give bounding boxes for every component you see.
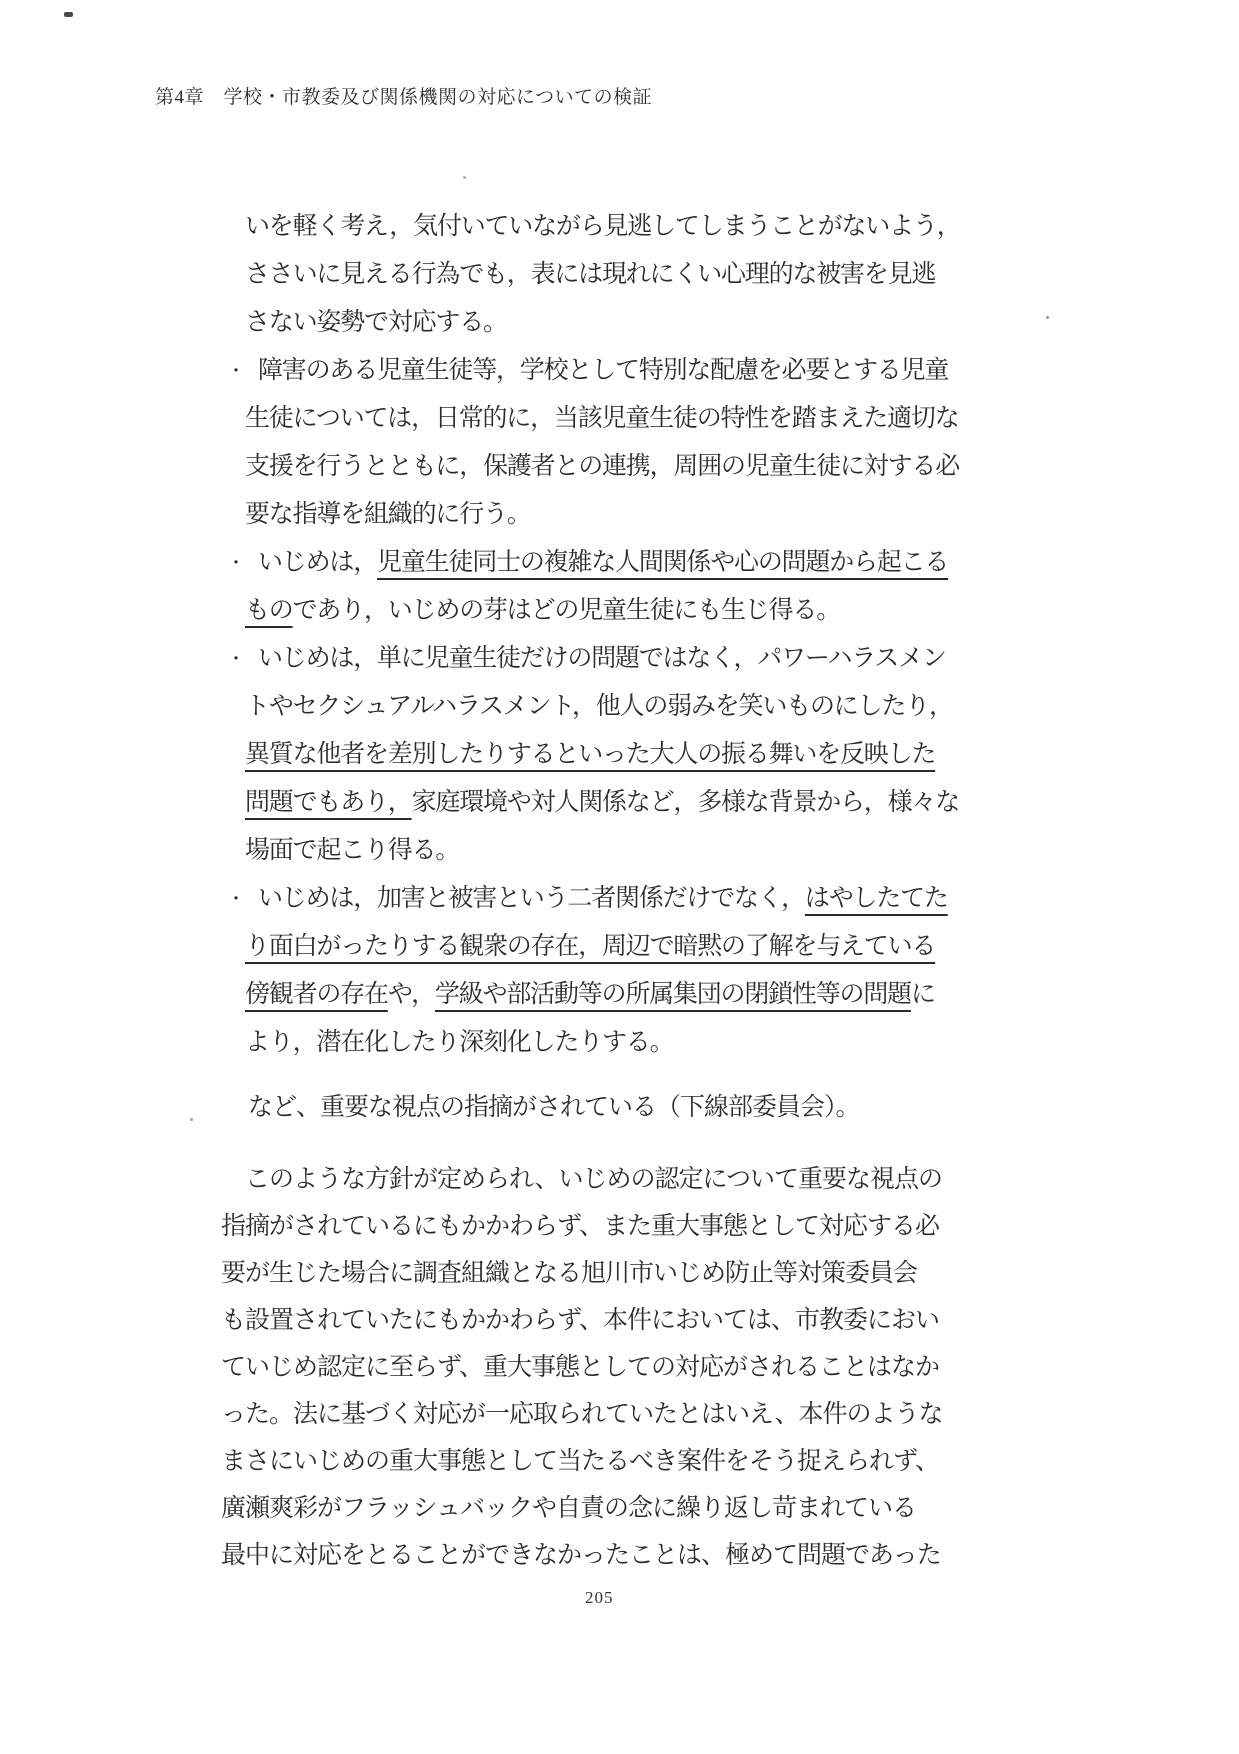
text-segment: いじめは，単に児童生徒だけの問題ではなく，パワーハラスメン: [258, 645, 946, 672]
text-segment: ささいに見える行為でも，表には現れにくい心理的な被害を見逃: [245, 261, 935, 288]
quoted-line: ものであり，いじめの芽はどの児童生徒にも生じ得る。: [245, 587, 957, 635]
paragraph-line: 要が生じた場合に調査組織となる旭川市いじめ防止等対策委員会: [221, 1250, 943, 1297]
underlined-text: 異質な他者を差別したりするといった大人の振る舞いを反映した: [245, 741, 935, 768]
text-segment: 場面で起こり得る。: [245, 837, 459, 864]
quoted-line: 生徒については，日常的に，当該児童生徒の特性を踏まえた適切な: [245, 395, 957, 443]
scan-artifact: [463, 176, 466, 179]
quoted-line: より，潜在化したり深刻化したりする。: [245, 1019, 957, 1067]
text-segment: トやセクシュアルハラスメント，他人の弱みを笑いものにしたり，: [245, 693, 953, 720]
underlined-text: 児童生徒同士の複雑な人間関係や心の問題から起こる: [377, 549, 948, 576]
quoted-line: トやセクシュアルハラスメント，他人の弱みを笑いものにしたり，: [245, 683, 957, 731]
text-segment: 障害のある児童生徒等，学校として特別な配慮を必要とする児童: [258, 357, 948, 384]
quoted-bullet-line: ・いじめは，児童生徒同士の複雑な人間関係や心の問題から起こる: [245, 539, 957, 587]
quoted-line: 異質な他者を差別したりするといった大人の振る舞いを反映した: [245, 731, 957, 779]
text-segment: さない姿勢で対応する。: [245, 309, 507, 336]
quoted-line: 傍観者の存在や，学級や部活動等の所属集団の閉鎖性等の問題に: [245, 971, 957, 1019]
quoted-line: 場面で起こり得る。: [245, 827, 957, 875]
underlined-text: 問題でもあり，: [245, 789, 412, 816]
underlined-text: もの: [245, 597, 293, 624]
quoted-section: いを軽く考え，気付いていながら見逃してしまうことがないよう，ささいに見える行為で…: [245, 203, 957, 1067]
text-segment: いじめは，: [258, 549, 377, 576]
text-segment: いじめは，加害と被害という二者関係だけでなく，: [258, 885, 805, 912]
quoted-line: ささいに見える行為でも，表には現れにくい心理的な被害を見逃: [245, 251, 957, 299]
quoted-line: いを軽く考え，気付いていながら見逃してしまうことがないよう，: [245, 203, 957, 251]
text-segment: いを軽く考え，気付いていながら見逃してしまうことがないよう，: [245, 213, 961, 240]
paragraph-line: 廣瀬爽彩がフラッシュバックや自責の念に繰り返し苛まれている: [221, 1485, 943, 1532]
text-segment: 要な指導を組織的に行う。: [245, 501, 531, 528]
underlined-text: り面白がったりする観衆の存在，周辺で暗黙の了解を与えている: [245, 933, 935, 960]
underlined-text: 学級や部活動等の所属集団の閉鎖性等の問題: [435, 981, 911, 1008]
text-segment: より，潜在化したり深刻化したりする。: [245, 1029, 673, 1056]
page-number: 205: [585, 1588, 614, 1608]
summary-line: など、重要な視点の指摘がされている（下線部委員会）。: [248, 1087, 860, 1123]
text-segment: 家庭環境や対人関係など，多様な背景から，様々な: [412, 789, 959, 816]
text-segment: 支援を行うとともに，保護者との連携，周囲の児童生徒に対する必: [245, 453, 959, 480]
bullet-marker: ・: [227, 539, 244, 587]
quoted-line: り面白がったりする観衆の存在，周辺で暗黙の了解を与えている: [245, 923, 957, 971]
quoted-bullet-line: ・障害のある児童生徒等，学校として特別な配慮を必要とする児童: [245, 347, 957, 395]
chapter-header: 第4章 学校・市教委及び関係機関の対応についての検証: [155, 82, 652, 109]
paragraph-line: まさにいじめの重大事態として当たるべき案件をそう捉えられず、: [221, 1438, 943, 1485]
paragraph-line: った。法に基づく対応が一応取られていたとはいえ、本件のような: [221, 1391, 943, 1438]
paragraph-line: も設置されていたにもかかわらず、本件においては、市教委におい: [221, 1297, 943, 1344]
scan-artifact: [1046, 316, 1049, 319]
scan-artifact: [190, 1118, 193, 1121]
bullet-marker: ・: [227, 347, 244, 395]
text-segment: 生徒については，日常的に，当該児童生徒の特性を踏まえた適切な: [245, 405, 959, 432]
body-paragraph: このような方針が定められ、いじめの認定について重要な視点の指摘がされているにもか…: [221, 1156, 943, 1579]
paragraph-line: ていじめ認定に至らず、重大事態としての対応がされることはなか: [221, 1344, 943, 1391]
quoted-line: 要な指導を組織的に行う。: [245, 491, 957, 539]
quoted-bullet-line: ・いじめは，加害と被害という二者関係だけでなく，はやしたてた: [245, 875, 957, 923]
scan-artifact: [64, 12, 73, 17]
text-segment: や，: [388, 981, 435, 1008]
quoted-bullet-line: ・いじめは，単に児童生徒だけの問題ではなく，パワーハラスメン: [245, 635, 957, 683]
bullet-marker: ・: [227, 635, 244, 683]
paragraph-line: 最中に対応をとることができなかったことは、極めて問題であった: [221, 1532, 943, 1579]
document-page: 第4章 学校・市教委及び関係機関の対応についての検証 いを軽く考え，気付いていな…: [0, 0, 1239, 1754]
underlined-text: 傍観者の存在: [245, 981, 388, 1008]
quoted-line: 支援を行うとともに，保護者との連携，周囲の児童生徒に対する必: [245, 443, 957, 491]
paragraph-line: 指摘がされているにもかかわらず、また重大事態として対応する必: [221, 1203, 943, 1250]
paragraph-line: このような方針が定められ、いじめの認定について重要な視点の: [221, 1156, 943, 1203]
quoted-line: 問題でもあり，家庭環境や対人関係など，多様な背景から，様々な: [245, 779, 957, 827]
text-segment: であり，いじめの芽はどの児童生徒にも生じ得る。: [293, 597, 840, 624]
quoted-line: さない姿勢で対応する。: [245, 299, 957, 347]
underlined-text: はやしたてた: [805, 885, 948, 912]
bullet-marker: ・: [227, 875, 244, 923]
text-segment: に: [911, 981, 935, 1008]
